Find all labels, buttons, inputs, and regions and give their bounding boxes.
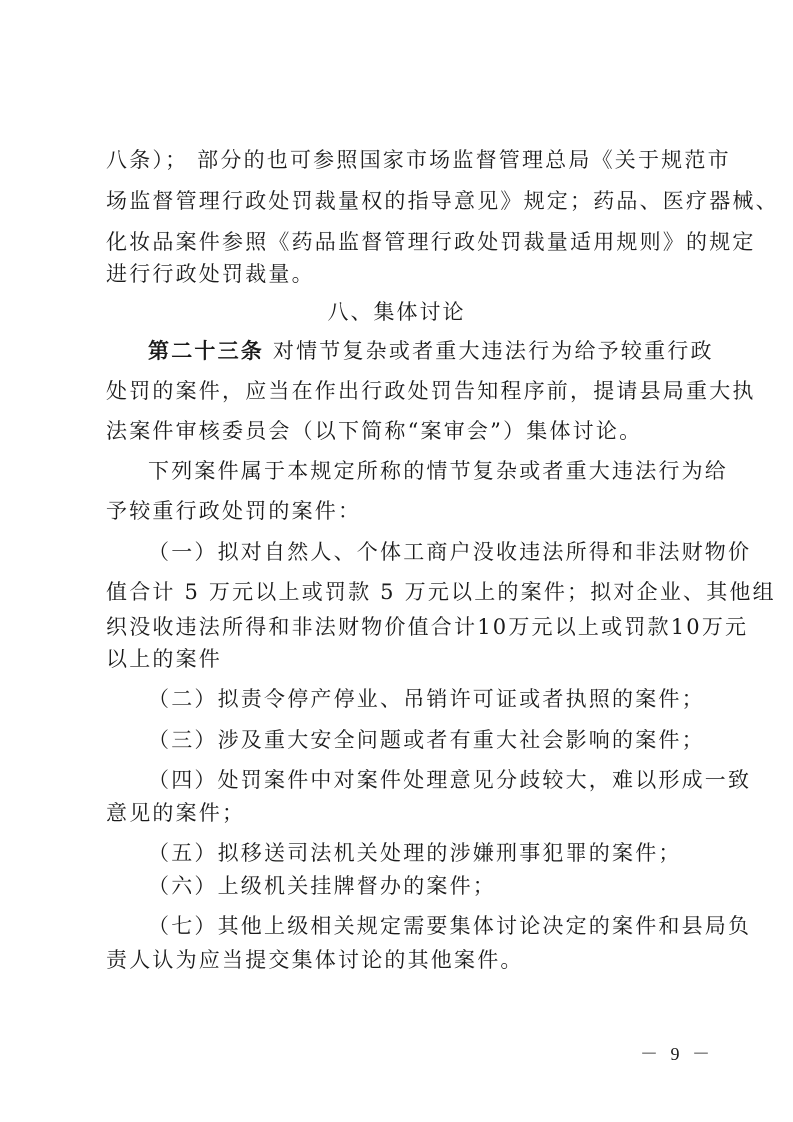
list-item-1-line: 织没收违法所得和非法财物价值合计10万元以上或罚款10万元	[106, 613, 694, 641]
section-heading: 八、集体讨论	[0, 298, 793, 326]
paragraph-line: 八条）； 部分的也可参照国家市场监督管理总局《关于规范市	[106, 146, 694, 174]
list-item-6: （六）上级机关挂牌督办的案件；	[148, 872, 694, 900]
article-line: 法案件审核委员会（以下简称“案审会”）集体讨论。	[106, 417, 694, 445]
intro-line: 下列案件属于本规定所称的情节复杂或者重大违法行为给	[148, 457, 694, 485]
article-text: 对情节复杂或者重大违法行为给予较重行政	[264, 339, 714, 363]
list-item-1-line: （一）拟对自然人、个体工商户没收违法所得和非法财物价	[148, 538, 694, 566]
list-item-4-line: 意见的案件；	[106, 799, 694, 827]
intro-line: 予较重行政处罚的案件：	[106, 497, 694, 525]
list-item-4-line: （四）处罚案件中对案件处理意见分歧较大，难以形成一致	[148, 766, 694, 794]
paragraph-line: 场监督管理行政处罚裁量权的指导意见》规定；药品、医疗器械、	[106, 187, 694, 215]
list-item-7-line: 责人认为应当提交集体讨论的其他案件。	[106, 946, 694, 974]
article-line: 处罚的案件，应当在作出行政处罚告知程序前，提请县局重大执	[106, 377, 694, 405]
list-item-5: （五）拟移送司法机关处理的涉嫌刑事犯罪的案件；	[148, 839, 694, 867]
list-item-7-line: （七）其他上级相关规定需要集体讨论决定的案件和县局负	[148, 912, 694, 940]
paragraph-line: 进行行政处罚裁量。	[106, 260, 694, 288]
list-item-2: （二）拟责令停产停业、吊销许可证或者执照的案件；	[148, 685, 694, 713]
paragraph-line: 化妆品案件参照《药品监督管理行政处罚裁量适用规则》的规定	[106, 228, 694, 256]
article-line: 第二十三条 对情节复杂或者重大违法行为给予较重行政	[148, 337, 694, 365]
list-item-1-line: 以上的案件	[106, 645, 694, 673]
article-label: 第二十三条	[148, 339, 264, 363]
list-item-1-line: 值合计 5 万元以上或罚款 5 万元以上的案件；拟对企业、其他组	[106, 578, 694, 606]
page-number: － 9 －	[640, 1040, 714, 1066]
document-page: 八条）； 部分的也可参照国家市场监督管理总局《关于规范市 场监督管理行政处罚裁量…	[0, 0, 793, 1122]
list-item-3: （三）涉及重大安全问题或者有重大社会影响的案件；	[148, 726, 694, 754]
